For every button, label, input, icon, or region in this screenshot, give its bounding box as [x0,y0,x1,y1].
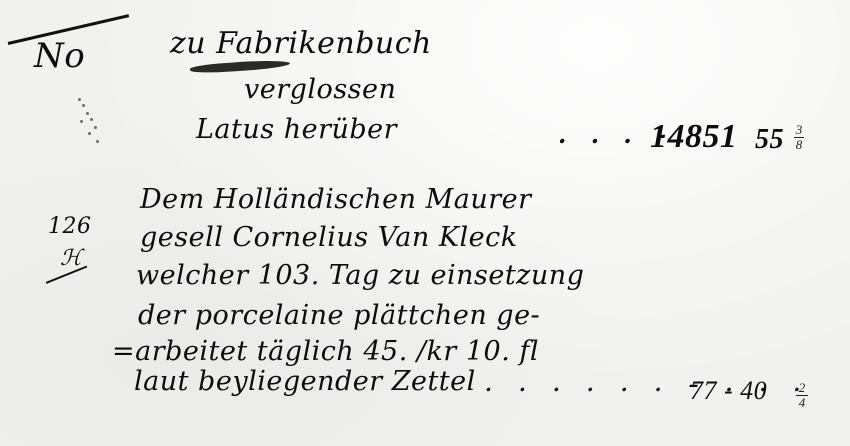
entry-line-5: =arbeitet täglich 45. /kr 10. fl [112,336,539,367]
entry-amount: 77 - 40 [690,376,767,406]
carry-fraction-denominator: 8 [796,137,803,152]
entry-fraction: 2 4 [796,382,808,409]
title-line-2: verglossen [244,74,396,105]
entry-line-1: Dem Holländischen Maurer [140,184,532,215]
carry-amount-sub: 55 [755,124,784,156]
entry-line-4: der porcelaine plättchen ge- [138,300,540,331]
entry-line-6: laut beyliegender Zettel [134,366,476,397]
entry-line-3: welcher 103. Tag zu einsetzung [136,260,584,291]
carry-label: Latus herüber [196,114,397,145]
carry-fraction-numerator: 3 [796,122,803,137]
entry-fraction-numerator: 2 [799,380,806,395]
carry-fraction: 3 8 [794,124,804,151]
entry-line-2: gesell Cornelius Van Kleck [140,222,518,253]
entry-fraction-denominator: 4 [799,395,806,410]
number-label: No [34,36,85,76]
entry-reference-number: 126 [48,214,92,239]
carry-amount: 14851 [650,118,738,156]
title-line-1: zu Fabrikenbuch [170,26,432,61]
ledger-page: No zu Fabrikenbuch verglossen Latus herü… [0,0,850,446]
